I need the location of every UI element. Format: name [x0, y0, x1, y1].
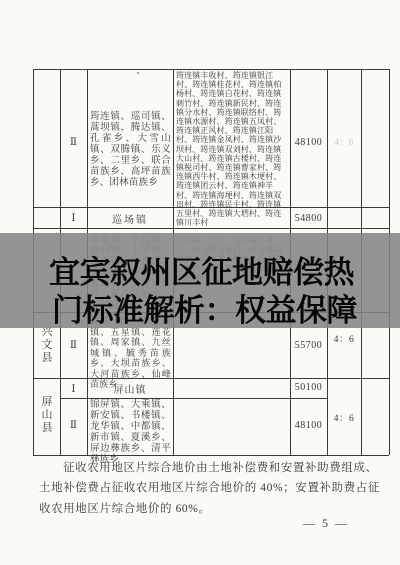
scanned-document-page: Ⅱ 筠连镇、巡司镇、蒿坝镇、腾达镇、孔雀乡、大雪山镇、双腾镇、乐义乡、二里乡、联…: [0, 0, 400, 565]
cell-towns: 屏山镇: [87, 380, 173, 397]
grid-line-h: [33, 455, 389, 456]
overlay-title-line2: 门标准解析：权益保障: [52, 285, 357, 330]
page-number: — 5 —: [303, 516, 349, 531]
cell-grade: Ⅱ: [60, 336, 87, 354]
cell-grade: Ⅰ: [60, 209, 87, 227]
footer-paragraph-line: 征收农用地区片综合地价由土地补偿费和安置补助费组成、: [63, 459, 378, 475]
cell-price: 54800: [290, 210, 327, 226]
footer-paragraph-line: 土地补偿费占征收农用地区片综合地价的 40%；安置补助费占征: [39, 479, 380, 495]
footer-paragraph-line: 收农用地区片综合地价的 60%。: [39, 500, 211, 516]
cell-towns: 巡场镇: [87, 209, 173, 227]
grid-line-h: [33, 69, 389, 70]
cell-county: 兴文县: [40, 326, 54, 365]
cell-grade: Ⅱ: [60, 416, 87, 434]
cell-price: 55700: [290, 338, 327, 352]
grid-line-h: [33, 378, 389, 379]
cell-villages: 筠连镇丰收村、筠连镇银江村、筠连镇桂花村、筠连镇柏杨村、筠连镇白花村、筠连镇刺竹…: [176, 71, 288, 227]
cell-ratio: 4：6: [328, 134, 360, 148]
cell-towns: 筠连镇、巡司镇、蒿坝镇、腾达镇、孔雀乡、大雪山镇、双腾镇、乐义乡、二里乡、联合苗…: [90, 112, 171, 189]
cell-grade: Ⅱ: [60, 132, 87, 152]
cell-price: 48100: [290, 135, 327, 149]
cell-towns: 锦屏镇、大乘镇、新安镇、书楼镇、龙华镇、中都镇、新市镇、夏溪乡、屏边彝族乡、清平…: [90, 400, 171, 466]
cell-price: 50100: [290, 380, 327, 395]
title-overlay-band: 宜宾叙州区征地赔偿热 门标准解析：权益保障: [0, 233, 400, 328]
cell-ratio: 4：6: [328, 331, 360, 345]
cell-price: 48100: [290, 418, 327, 432]
scan-noise-dot: [137, 72, 139, 74]
grid-line-h: [60, 398, 327, 399]
cell-ratio: 4：6: [328, 410, 360, 424]
cell-county: 屏山县: [40, 396, 54, 435]
grid-line-h: [33, 228, 389, 229]
cell-grade: Ⅰ: [60, 380, 87, 397]
